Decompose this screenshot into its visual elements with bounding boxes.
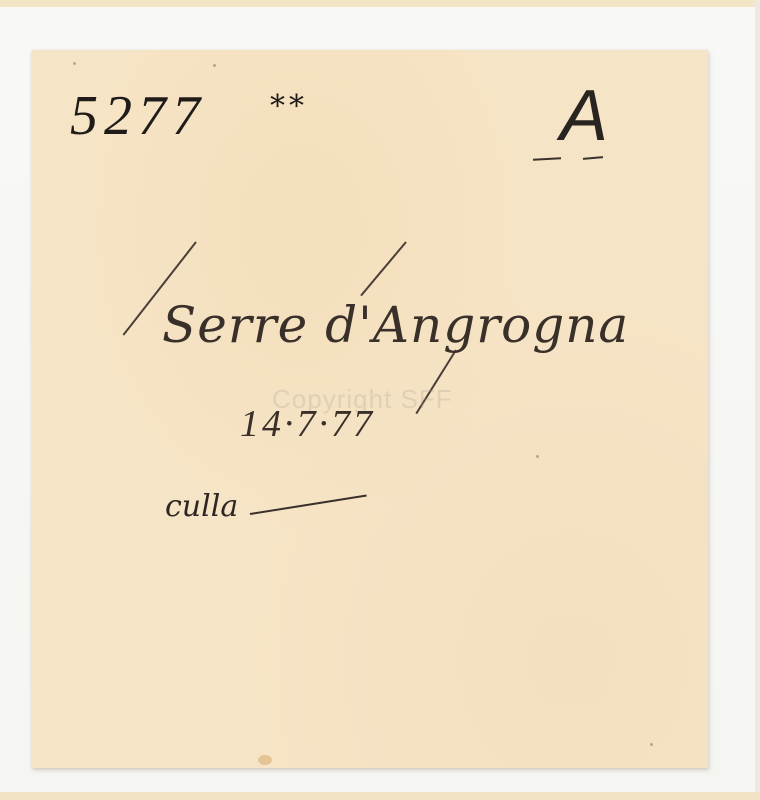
paper-speck bbox=[536, 455, 539, 458]
habitat-note: culla bbox=[165, 492, 238, 522]
paper-speck bbox=[650, 743, 653, 746]
paper-stain bbox=[258, 755, 272, 765]
catalog-number: 5277 bbox=[70, 88, 206, 144]
catalog-marks: ** bbox=[270, 92, 308, 122]
bottom-edge-strip bbox=[0, 792, 760, 800]
top-edge-strip bbox=[0, 0, 760, 7]
locality-text: Serre d'Angrogna bbox=[162, 300, 629, 350]
right-edge bbox=[755, 0, 760, 800]
grade-letter: A bbox=[560, 80, 608, 152]
collection-date: 14·7·77 bbox=[240, 405, 375, 443]
paper-speck bbox=[73, 62, 76, 65]
paper-speck bbox=[213, 64, 216, 67]
